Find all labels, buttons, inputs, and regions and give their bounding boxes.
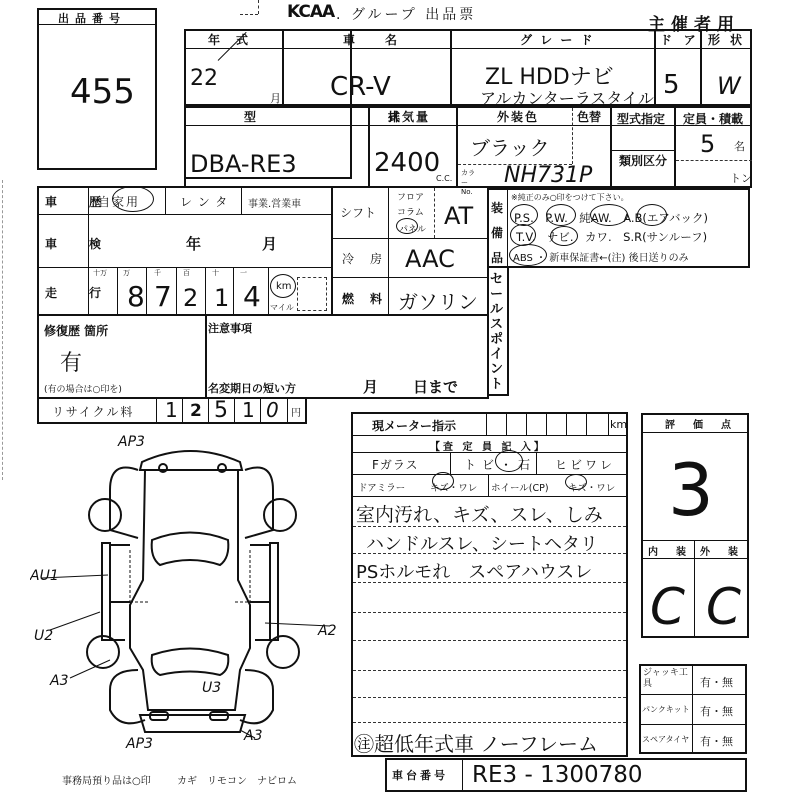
score-value: 3 xyxy=(668,448,714,532)
color-value: ブラック xyxy=(470,132,550,161)
accessory-label-puncture-kit: パンクキット xyxy=(642,704,690,715)
ac-label: 冷 房 xyxy=(342,250,384,267)
interior-label: 内 装 xyxy=(648,543,690,558)
recycle-unit: 円 xyxy=(291,404,301,419)
accessory-value[interactable]: 有・無 xyxy=(700,703,733,719)
brand-logo: KCAA xyxy=(287,2,334,22)
shift-floor[interactable]: フロア xyxy=(397,190,424,203)
grade-label: グ レ ー ド xyxy=(520,31,595,48)
mirror-label: ドアミラー xyxy=(358,480,405,494)
load-unit: トン xyxy=(730,170,752,186)
ac-value: AAC xyxy=(405,245,455,273)
fuel-value: ガソリン xyxy=(398,286,478,315)
accessory-value[interactable]: 有・無 xyxy=(700,733,733,749)
color-label: 外装色 xyxy=(497,108,539,125)
svg-text:A2: A2 xyxy=(317,623,337,639)
recycle-digit: 2 xyxy=(190,401,202,421)
equipment-label: 装備品 xyxy=(491,196,505,271)
name-change-month: 月 xyxy=(363,376,380,397)
year-value: 22 xyxy=(190,66,218,91)
name-change-label: 名変期日の短い方 xyxy=(208,380,296,396)
interior-value: C xyxy=(650,578,685,636)
fglass-label: Fガラス xyxy=(372,456,419,473)
svg-text:A3: A3 xyxy=(49,673,68,689)
accessory-label-jack: ジャッキ工具 xyxy=(643,668,689,690)
fuel-label: 燃 料 xyxy=(342,290,384,307)
inspection-year-unit: 年 xyxy=(186,233,203,254)
doors-label: ドア xyxy=(660,31,708,48)
model-value: DBA-RE3 xyxy=(190,150,297,178)
digit-label-100k: 十万 xyxy=(93,268,107,278)
wheel-label: ホイール(CP) xyxy=(491,480,549,494)
car-name-value: CR-V xyxy=(330,72,391,102)
digit-label-10k: 万 xyxy=(123,268,130,278)
svg-text:AU1: AU1 xyxy=(30,568,59,584)
comment-footer: ㊟超低年式車 ノーフレーム xyxy=(354,728,598,757)
chassis-label: 車台番号 xyxy=(392,767,448,783)
repair-value: 有 xyxy=(60,346,82,377)
mileage-digit: 8 xyxy=(127,280,145,313)
car-damage-diagram: AP3 AU1 U2 A3 A2 U3 A3 AP3 xyxy=(30,430,350,760)
mileage-digit: 7 xyxy=(154,280,172,313)
mileage-digit: 2 xyxy=(183,284,198,312)
shape-value: W xyxy=(717,72,741,100)
type-designation-label: 型式指定 xyxy=(617,110,665,127)
color-change-label: 色替 xyxy=(577,108,601,125)
svg-text:AP3: AP3 xyxy=(117,434,145,450)
digit-label-100: 百 xyxy=(183,268,190,278)
repair-label: 修復歴 箇所 xyxy=(44,322,108,339)
comment-line-3: PSホルモれ スペアハウスレ xyxy=(356,558,592,584)
accessory-value[interactable]: 有・無 xyxy=(700,674,733,690)
car-name-label: 車 名 xyxy=(343,31,399,48)
digit-label-10: 十 xyxy=(212,268,219,278)
equipment-note: ※純正のみ○印をつけて下さい。 xyxy=(511,192,629,203)
svg-text:A3: A3 xyxy=(243,728,262,744)
repair-note: (有の場合は○印を) xyxy=(44,382,122,395)
doors-value: 5 xyxy=(663,70,680,100)
inspection-month-unit: 月 xyxy=(262,233,279,254)
digit-label-1: 一 xyxy=(240,268,247,278)
equipment-row-2: T.V. ナビ. カワ. S.R(サンルーフ) xyxy=(516,229,707,245)
month-unit: 月 xyxy=(270,90,281,106)
accessory-label-spare-tire: スペアタイヤ xyxy=(642,734,689,745)
notes-label: 注意事項 xyxy=(208,320,252,336)
inspection-label: 車 検 xyxy=(45,235,111,252)
recycle-digit: 1 xyxy=(165,398,178,422)
inspector-heading: 【査 定 員 記 入】 xyxy=(430,438,547,453)
mile-unit: マイル xyxy=(270,302,294,313)
comment-line-2: ハンドルスレ、シートヘタリ xyxy=(366,530,598,556)
category-label: 類別区分 xyxy=(619,152,667,169)
cc-unit: C.C. xyxy=(436,174,452,183)
diagram-footer-items: カギ リモコン ナビロム xyxy=(177,772,297,787)
mileage-digit: 1 xyxy=(214,284,229,312)
comment-line-1: 室内汚れ、キズ、スレ、しみ xyxy=(356,500,603,527)
fglass-crack[interactable]: ヒビワレ xyxy=(555,456,615,473)
capacity-value: 5 xyxy=(700,130,715,158)
capacity-label: 定員・積載 xyxy=(683,110,743,127)
history-rental[interactable]: レンタ xyxy=(180,193,233,210)
recycle-digit: 5 xyxy=(214,398,228,423)
shift-label: シフト xyxy=(340,204,376,221)
meter-unit: km xyxy=(610,418,627,431)
diagram-footer-note: 事務局預り品は○印 xyxy=(62,772,151,787)
svg-text:U2: U2 xyxy=(34,628,53,644)
form-title: . グループ 出品票 xyxy=(336,4,476,24)
chassis-value: RE3 - 1300780 xyxy=(472,762,643,788)
score-label: 評 価 点 xyxy=(665,416,735,431)
svg-text:AP3: AP3 xyxy=(125,736,153,752)
name-change-day: 日まで xyxy=(413,376,458,397)
capacity-unit: 名 xyxy=(734,138,745,154)
recycle-digit: 1 xyxy=(242,398,255,422)
svg-text:U3: U3 xyxy=(202,680,221,696)
exterior-label: 外 装 xyxy=(700,543,742,558)
sales-point-label: セールスポイント xyxy=(490,272,504,392)
displacement-label: 排気量 xyxy=(388,108,430,125)
mileage-label: 走 行 xyxy=(45,284,111,301)
recycle-digit: 0 xyxy=(266,398,279,422)
history-business[interactable]: 事業.営業車 xyxy=(248,195,301,210)
exterior-value: C xyxy=(706,578,741,636)
shape-label: 形状 xyxy=(708,31,752,48)
mileage-digit: 4 xyxy=(243,280,261,313)
meter-label: 現メーター指示 xyxy=(372,417,456,434)
shift-column[interactable]: コラム xyxy=(397,205,424,218)
lot-number-label: 出品番号 xyxy=(58,10,126,26)
recycle-label: リサイクル料 xyxy=(52,403,134,420)
digit-label-1k: 千 xyxy=(154,268,161,278)
color-no-value: NH731P xyxy=(504,163,592,188)
lot-number: 455 xyxy=(70,72,135,112)
shift-value: AT xyxy=(444,202,473,230)
displacement-value: 2400 xyxy=(374,148,440,178)
